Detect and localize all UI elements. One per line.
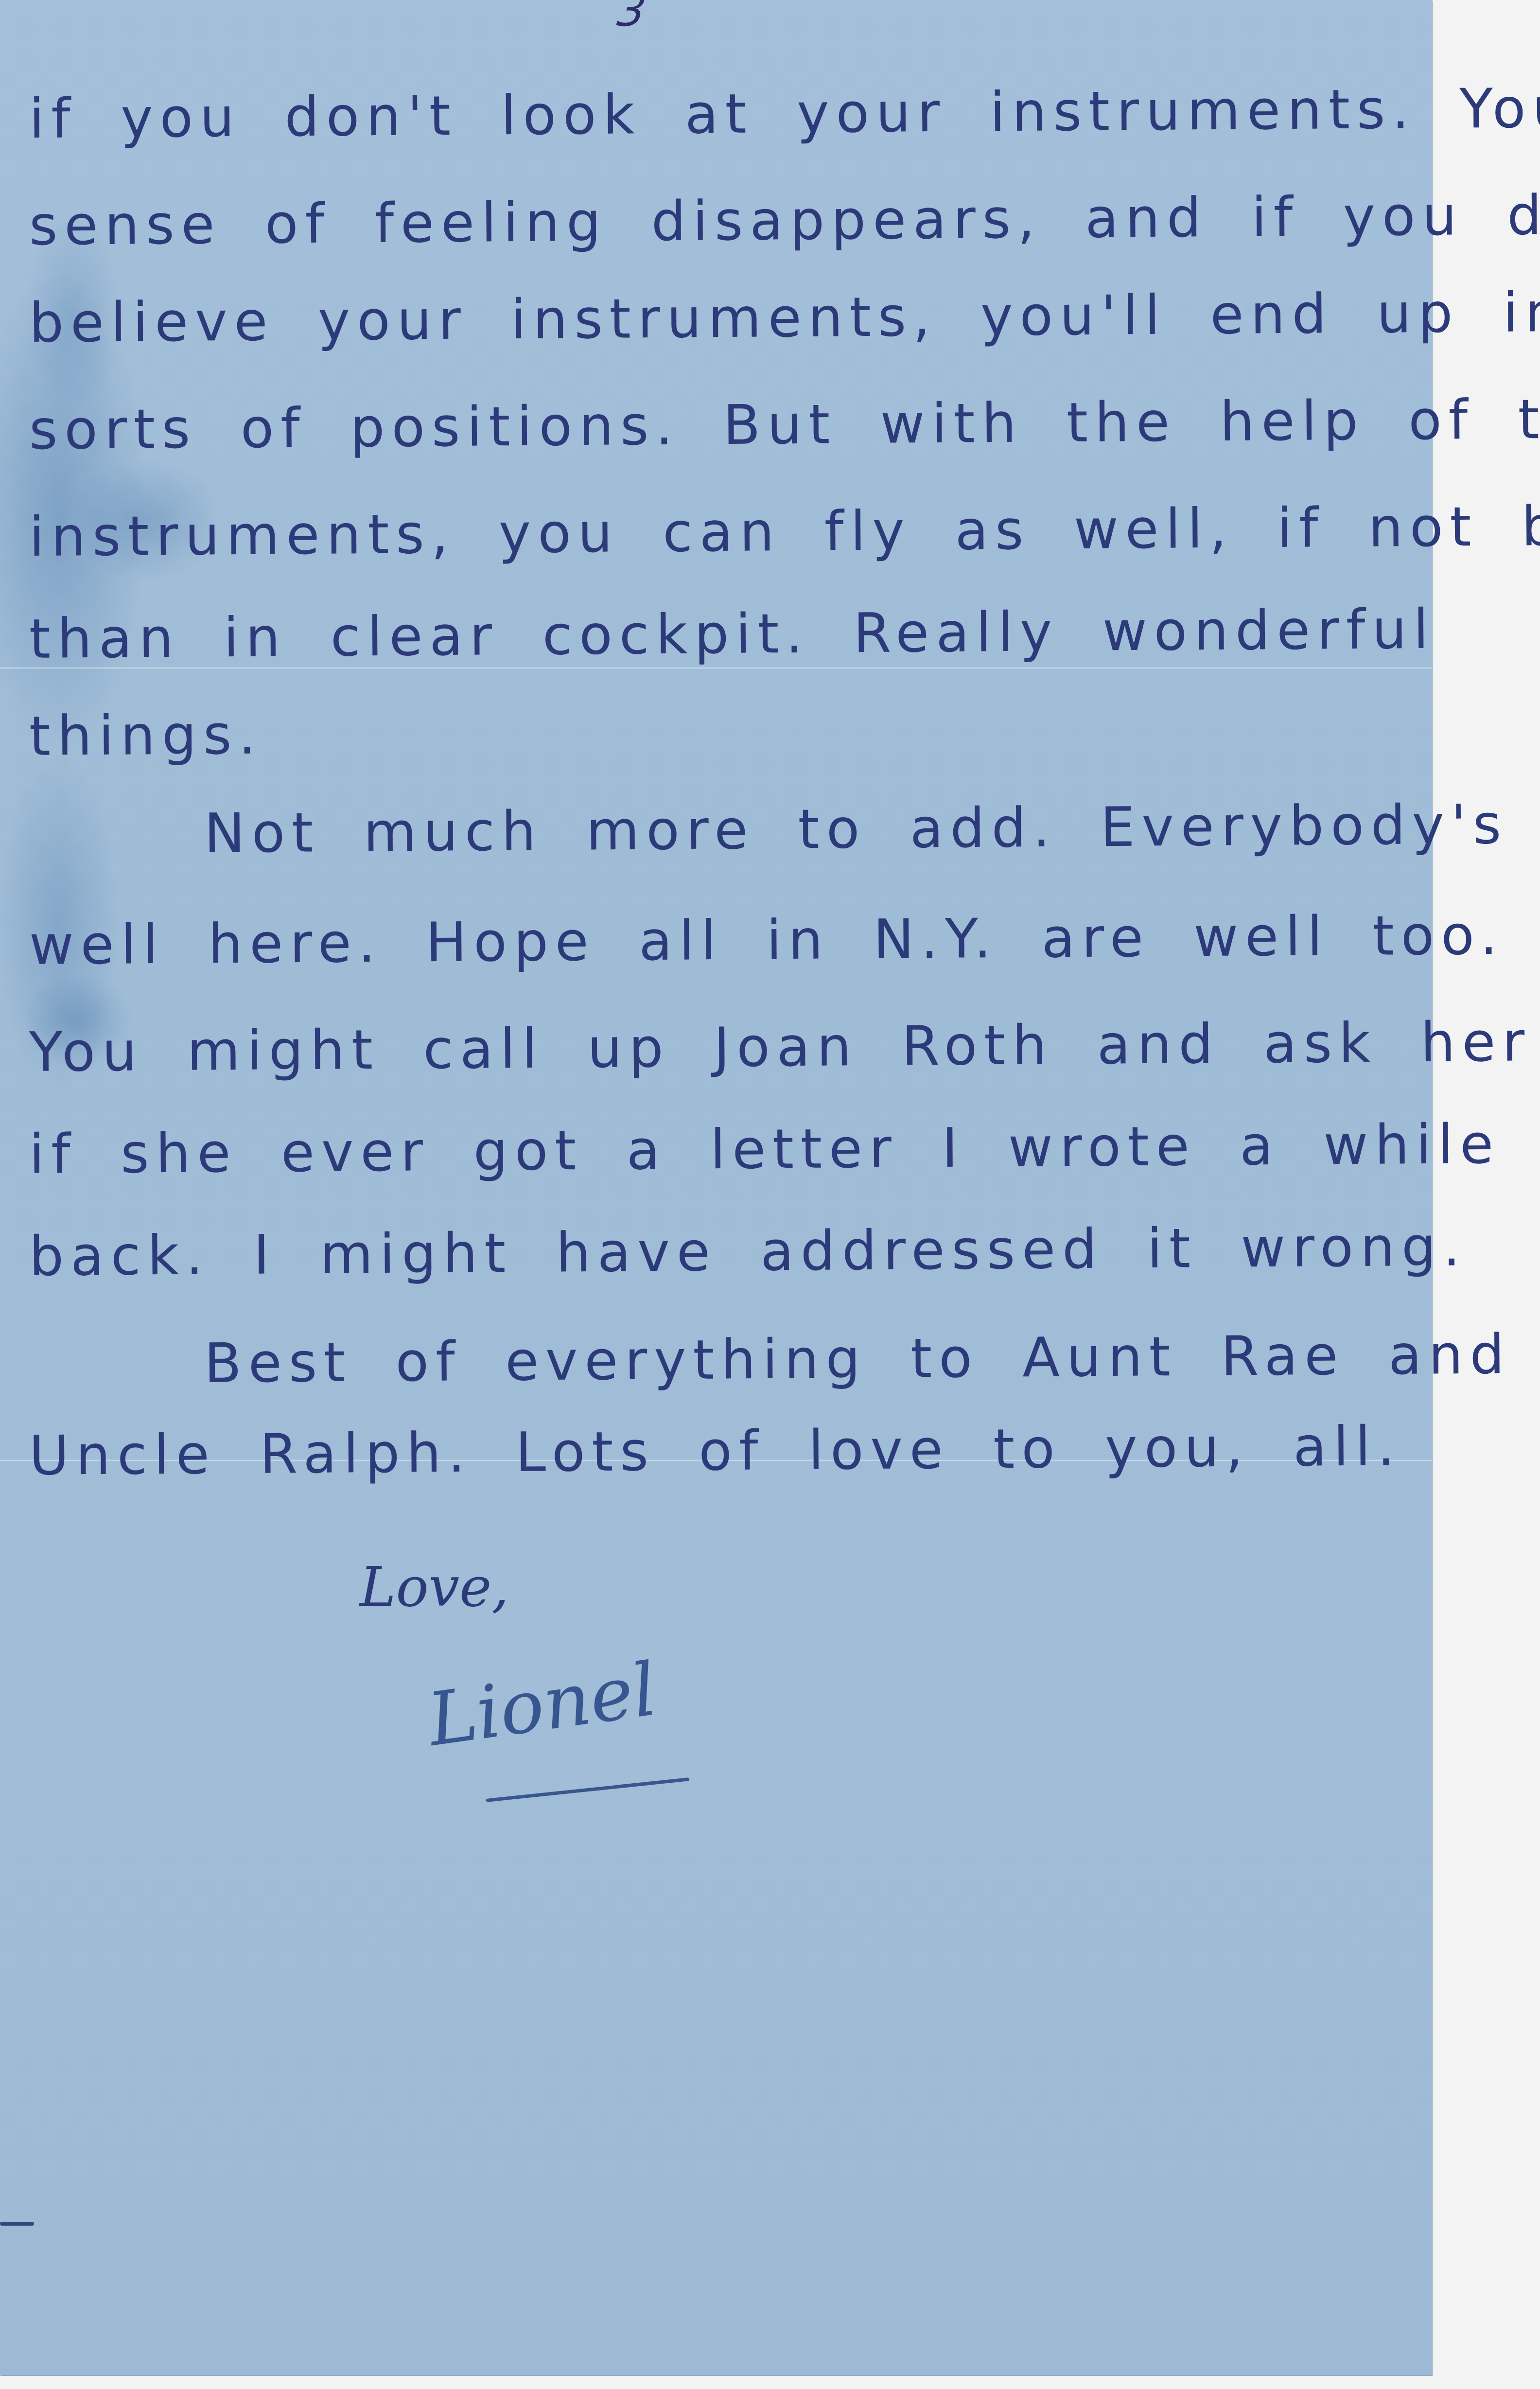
letter-line: things. (29, 703, 263, 768)
letter-line: back. I might have addressed it wrong. (29, 1215, 1468, 1288)
letter-line: Uncle Ralph. Lots of love to you, all. (29, 1415, 1402, 1488)
signature-underline (486, 1777, 689, 1802)
page-number: 3 (609, 0, 653, 36)
letter-line: You might call up Joan Roth and ask her (29, 1010, 1532, 1084)
signature: Lionel (423, 1647, 662, 1763)
letter-line: sense of feeling disappears, and if you … (29, 183, 1540, 258)
letter-line: Best of everything to Aunt Rae and (204, 1323, 1511, 1395)
letter-line: Not much more to add. Everybody's (204, 793, 1508, 865)
letter-line: believe your instruments, you'll end up … (29, 280, 1540, 355)
letter-line: if you don't look at your instruments. Y… (29, 76, 1540, 151)
margin-ink-mark (0, 2222, 34, 2226)
letter-line: than in clear cockpit. Really wonderful (29, 598, 1436, 671)
letter-line: well here. Hope all in N.Y. are well too… (29, 904, 1505, 977)
letter-closing: Love, (360, 1556, 509, 1619)
letter-line: instruments, you can fly as well, if not… (29, 494, 1540, 569)
letter-line: sorts of positions. But with the help of… (29, 387, 1540, 462)
letter-line: if she ever got a letter I wrote a while (29, 1113, 1501, 1186)
letter-page: 3 if you don't look at your instruments.… (0, 0, 1432, 2375)
